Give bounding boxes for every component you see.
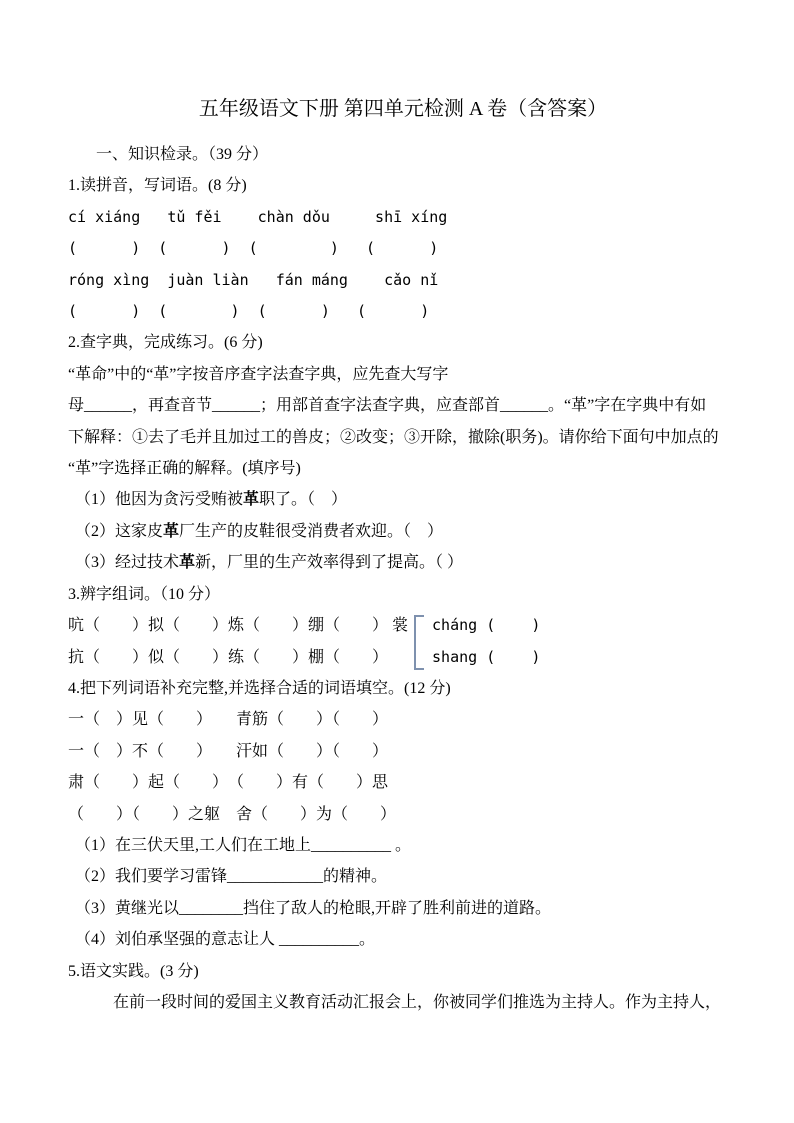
q3-row-1: 吭（ ）拟（ ）炼（ ）绷（ ） 裳 xyxy=(68,610,408,641)
duoyin-reading-2: shang ( ) xyxy=(432,642,540,673)
q2-label: 2.查字典，完成练习。(6 分) xyxy=(68,327,738,358)
q2-text-line-3: 下解释：①去了毛并且加过工的兽皮；②改变；③开除，撤除(职务)。请你给下面句中加… xyxy=(68,422,738,453)
q2-item-2: （2）这家皮革厂生产的皮鞋很受消费者欢迎。（ ） xyxy=(68,516,738,547)
document-body: 五年级语文下册 第四单元检测 A 卷（含答案） 一、知识检录。（39 分） 1.… xyxy=(68,96,738,1018)
q4-word-row-2: 一（ ）不（ ） 汗如（ ）（ ） xyxy=(68,736,738,767)
q3-row-2: 抗（ ）似（ ）练（ ）棚（ ） xyxy=(68,642,408,673)
q2-item-1-post: 职了。（ ） xyxy=(259,491,347,508)
q2-item-1-dotted-char: 革 xyxy=(243,491,259,508)
q2-item-2-pre: （2）这家皮 xyxy=(75,523,163,540)
q2-text-line-2: 母______，再查音节______；用部首查字法查字典，应查部首______。… xyxy=(68,390,738,421)
q5-paragraph: 在前一段时间的爱国主义教育活动汇报会上，你被同学们推选为主持人。作为主持人， xyxy=(68,987,738,1018)
q3-duoyin-column: cháng ( ) shang ( ) xyxy=(432,610,540,673)
q4-word-row-1: 一（ ）见（ ） 青筋（ ）（ ） xyxy=(68,704,738,735)
section-heading: 一、知识检录。（39 分） xyxy=(68,139,738,170)
q2-item-1-pre: （1）他因为贪污受贿被 xyxy=(75,491,243,508)
q4-label: 4.把下列词语补充完整,并选择合适的词语填空。(12 分) xyxy=(68,673,738,704)
q2-text-line-4: “革”字选择正确的解释。(填序号) xyxy=(68,453,738,484)
q2-item-3-post: 新，厂里的生产效率得到了提高。（ ） xyxy=(195,554,463,571)
q2-item-3-pre: （3）经过技术 xyxy=(75,554,179,571)
exam-paper-page: 五年级语文下册 第四单元检测 A 卷（含答案） 一、知识检录。（39 分） 1.… xyxy=(0,0,794,1123)
q2-text-line-1: “革命”中的“革”字按音序查字法查字典，应先查大写字 xyxy=(68,359,738,390)
q2-item-1: （1）他因为贪污受贿被革职了。（ ） xyxy=(68,484,738,515)
q2-item-2-post: 厂生产的皮鞋很受消费者欢迎。（ ） xyxy=(179,523,443,540)
q4-word-row-3: 肃（ ）起（ ） （ ）有（ ）思 xyxy=(68,767,738,798)
q1-label: 1.读拼音，写词语。(8 分) xyxy=(68,170,738,201)
q1-answer-blank-row-1: ( ) ( ) ( ) ( ) xyxy=(68,233,738,264)
q4-word-row-4: （ ）（ ）之躯 舍（ ）为（ ） xyxy=(68,799,738,830)
q2-item-2-dotted-char: 革 xyxy=(163,523,179,540)
q1-pinyin-row-2: róng xìng juàn liàn fán máng cǎo nǐ xyxy=(68,265,738,296)
q1-answer-blank-row-2: ( ) ( ) ( ) ( ) xyxy=(68,296,738,327)
duoyin-reading-1: cháng ( ) xyxy=(432,610,540,641)
q2-item-3-dotted-char: 革 xyxy=(179,554,195,571)
q4-item-4: （4）刘伯承坚强的意志让人 __________。 xyxy=(68,924,738,955)
q1-pinyin-row-1: cí xiáng tǔ fěi chàn dǒu shī xíng xyxy=(68,202,738,233)
q4-item-1: （1）在三伏天里,工人们在工地上__________ 。 xyxy=(68,830,738,861)
q4-item-3: （3）黄继光以________挡住了敌人的枪眼,开辟了胜利前进的道路。 xyxy=(68,893,738,924)
q3-characters-column: 吭（ ）拟（ ）炼（ ）绷（ ） 裳 抗（ ）似（ ）练（ ）棚（ ） xyxy=(68,610,408,673)
q4-item-2: （2）我们要学习雷锋____________的精神。 xyxy=(68,861,738,892)
q3-label: 3.辨字组词。（10 分） xyxy=(68,579,738,610)
duoyin-bracket xyxy=(414,615,424,670)
q2-item-3: （3）经过技术革新，厂里的生产效率得到了提高。（ ） xyxy=(68,547,738,578)
page-title: 五年级语文下册 第四单元检测 A 卷（含答案） xyxy=(68,96,738,122)
q3-word-group: 吭（ ）拟（ ）炼（ ）绷（ ） 裳 抗（ ）似（ ）练（ ）棚（ ） chán… xyxy=(68,610,738,673)
q5-label: 5.语文实践。(3 分) xyxy=(68,956,738,987)
